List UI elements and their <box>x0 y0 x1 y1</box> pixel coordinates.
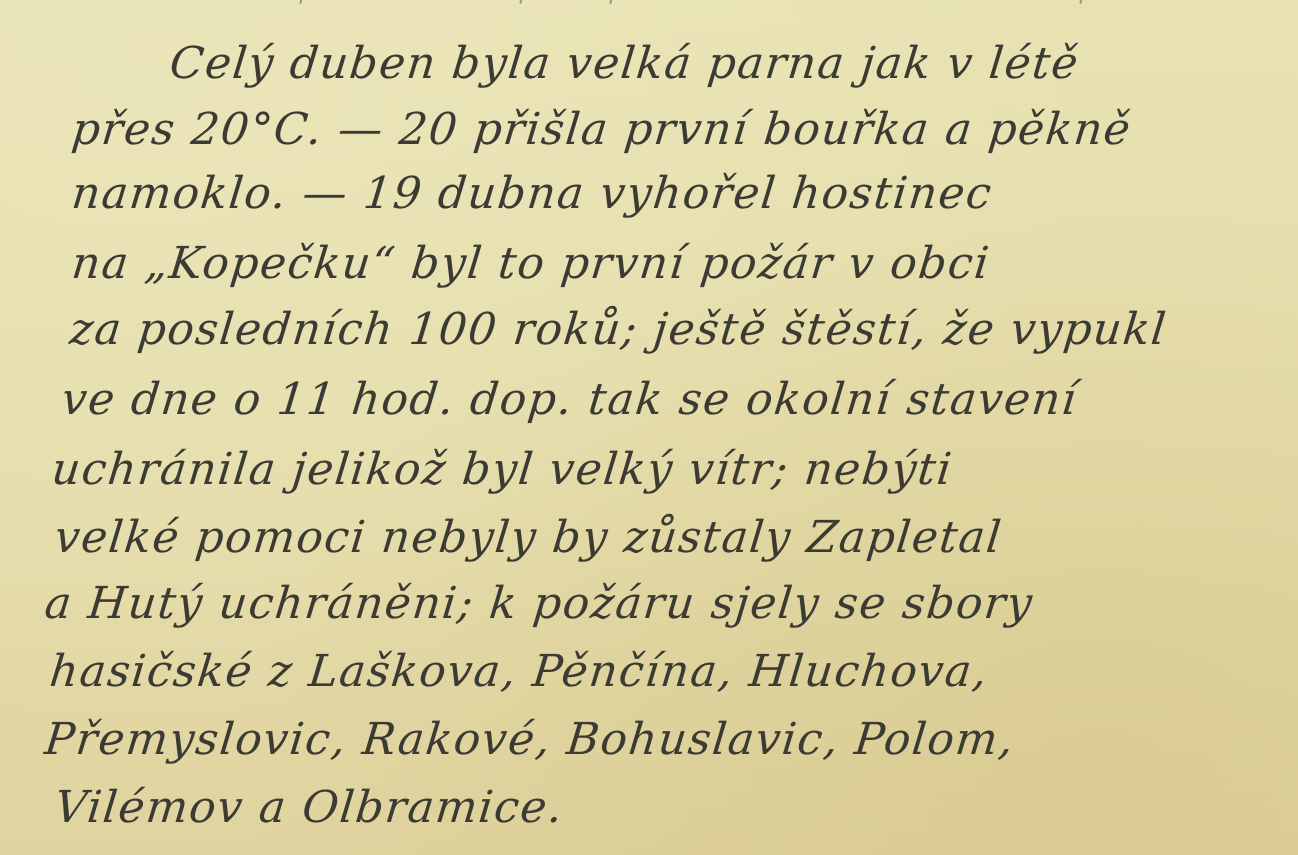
text-line-4: na „Kopečku“ byl to první požár v obci <box>70 242 992 286</box>
text-line-1: Celý duben byla velká parna jak v létě <box>168 42 1082 86</box>
text-line-6: ve dne o 11 hod. dop. tak se okolní stav… <box>60 378 1080 422</box>
text-line-5: za posledních 100 roků; ještě štěstí, že… <box>68 308 1169 352</box>
text-line-3: namoklo. — 19 dubna vyhořel hostinec <box>70 172 995 216</box>
text-line-12: Vilémov a Olbramice. <box>53 786 566 830</box>
text-line-11: Přemyslovic, Rakové, Bohuslavic, Polom, <box>43 718 1017 762</box>
cropped-previous-line <box>0 0 1298 8</box>
text-line-8: velké pomoci nebyly by zůstaly Zapletal <box>53 516 1005 560</box>
chronicle-page: Celý duben byla velká parna jak v létě p… <box>0 0 1298 855</box>
text-line-9: a Hutý uchráněni; k požáru sjely se sbor… <box>43 582 1036 626</box>
text-line-10: hasičské z Laškova, Pěnčína, Hluchova, <box>48 650 991 694</box>
text-line-7: uchránila jelikož byl velký vítr; nebýti <box>50 448 955 492</box>
text-line-2: přes 20°C. — 20 přišla první bouřka a pě… <box>70 108 1134 152</box>
